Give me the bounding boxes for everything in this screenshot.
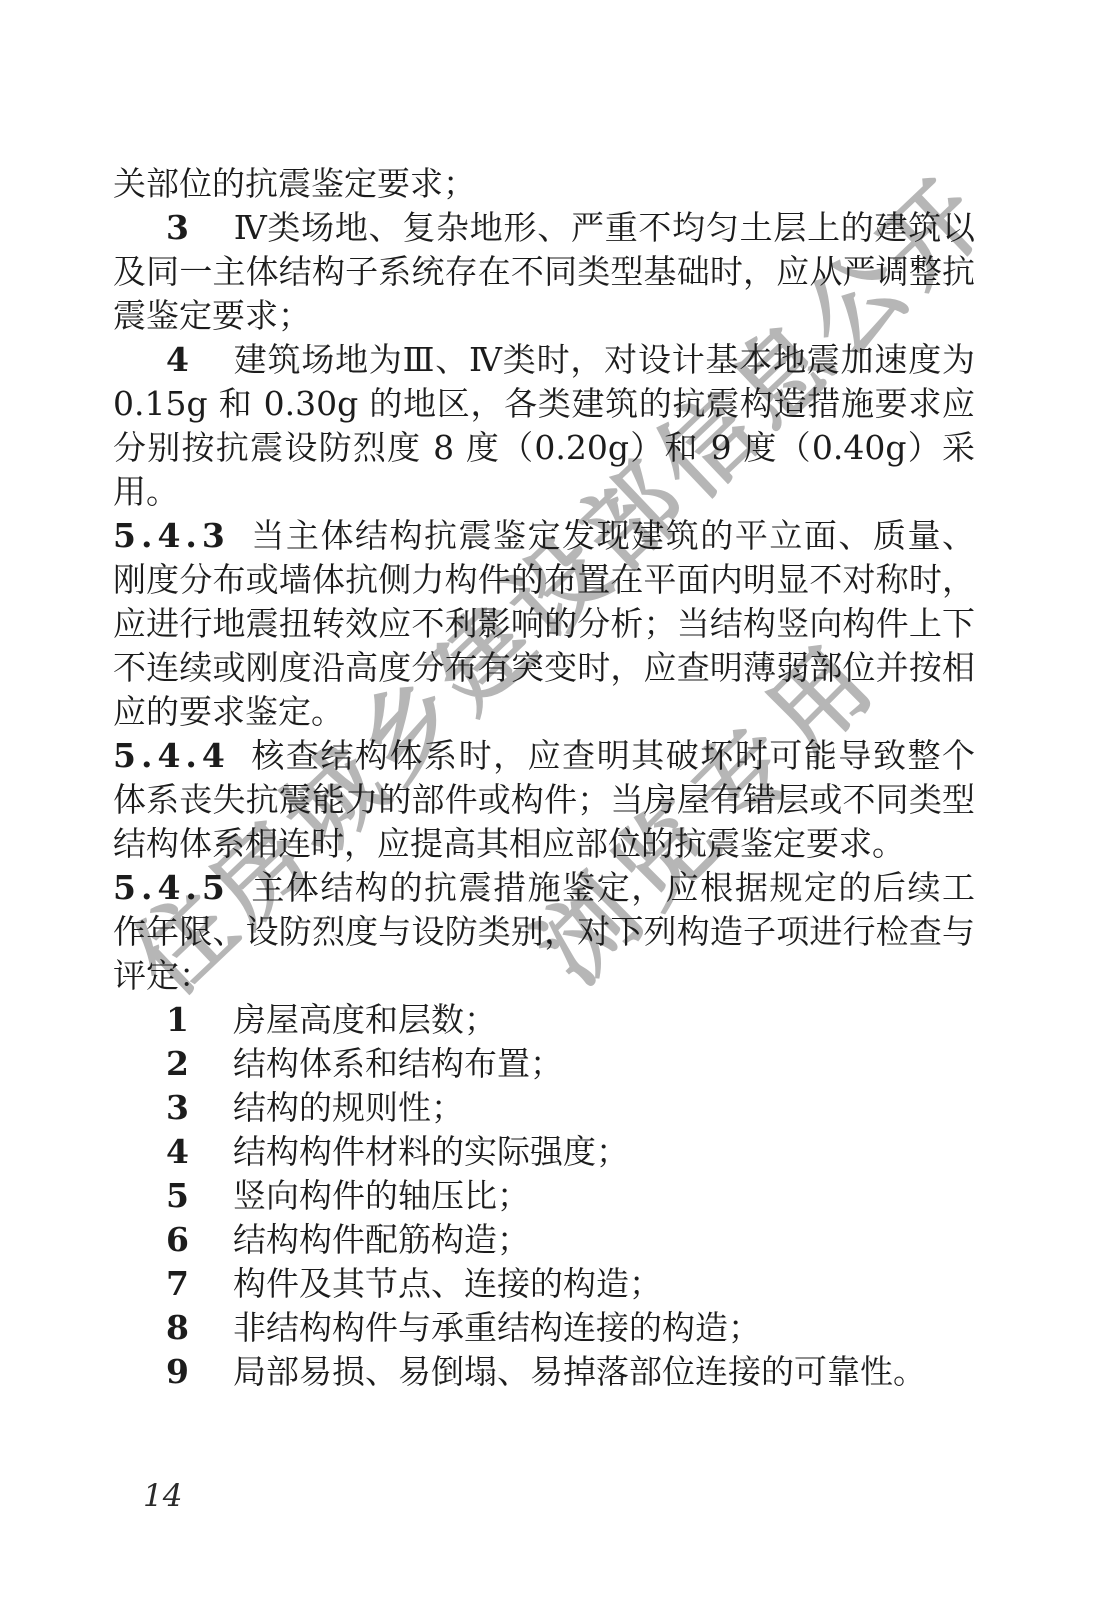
item-text: 房屋高度和层数； xyxy=(233,1000,497,1039)
paragraph-continuation: 关部位的抗震鉴定要求； xyxy=(113,162,975,206)
item-number: 2 xyxy=(166,1044,189,1083)
item-number: 1 xyxy=(166,1000,189,1039)
item-number: 3 xyxy=(166,1088,189,1127)
document-page: 住房城乡建设部信息公开 浏览专用 关部位的抗震鉴定要求； 3Ⅳ类场地、复杂地形、… xyxy=(0,0,1103,1598)
clause-text: 当主体结构抗震鉴定发现建筑的平立面、质量、刚度分布或墙体抗侧力构件的布置在平面内… xyxy=(113,516,975,731)
item-text: 建筑场地为Ⅲ、Ⅳ类时，对设计基本地震加速度为 0.15g 和 0.30g 的地区… xyxy=(113,340,975,511)
list-item-1: 1房屋高度和层数； xyxy=(113,998,975,1042)
item-number: 3 xyxy=(166,208,189,247)
clause-number: 5.4.4 xyxy=(113,736,230,775)
clause-5-4-4: 5.4.4核查结构体系时，应查明其破坏时可能导致整个体系丧失抗震能力的部件或构件… xyxy=(113,734,975,866)
list-item-9: 9局部易损、易倒塌、易掉落部位连接的可靠性。 xyxy=(113,1350,975,1394)
item-text: 竖向构件的轴压比； xyxy=(233,1176,530,1215)
numbered-item-3: 3Ⅳ类场地、复杂地形、严重不均匀土层上的建筑以及同一主体结构子系统存在不同类型基… xyxy=(113,206,975,338)
item-text: 构件及其节点、连接的构造； xyxy=(233,1264,662,1303)
clause-5-4-3: 5.4.3当主体结构抗震鉴定发现建筑的平立面、质量、刚度分布或墙体抗侧力构件的布… xyxy=(113,514,975,734)
list-item-2: 2结构体系和结构布置； xyxy=(113,1042,975,1086)
page-number: 14 xyxy=(143,1478,182,1514)
list-item-3: 3结构的规则性； xyxy=(113,1086,975,1130)
item-text: 局部易损、易倒塌、易掉落部位连接的可靠性。 xyxy=(233,1352,926,1391)
list-item-8: 8非结构构件与承重结构连接的构造； xyxy=(113,1306,975,1350)
item-text: 结构体系和结构布置； xyxy=(233,1044,563,1083)
paragraph-text: 关部位的抗震鉴定要求； xyxy=(113,164,476,203)
item-number: 9 xyxy=(166,1352,189,1391)
clause-number: 5.4.5 xyxy=(113,868,230,907)
page-content: 关部位的抗震鉴定要求； 3Ⅳ类场地、复杂地形、严重不均匀土层上的建筑以及同一主体… xyxy=(113,0,975,1394)
item-number: 5 xyxy=(166,1176,189,1215)
item-number: 6 xyxy=(166,1220,189,1259)
item-number: 4 xyxy=(166,340,189,379)
list-item-4: 4结构构件材料的实际强度； xyxy=(113,1130,975,1174)
list-item-7: 7构件及其节点、连接的构造； xyxy=(113,1262,975,1306)
item-number: 7 xyxy=(166,1264,189,1303)
numbered-item-4: 4建筑场地为Ⅲ、Ⅳ类时，对设计基本地震加速度为 0.15g 和 0.30g 的地… xyxy=(113,338,975,514)
list-item-6: 6结构构件配筋构造； xyxy=(113,1218,975,1262)
item-text: 结构构件配筋构造； xyxy=(233,1220,530,1259)
item-text: Ⅳ类场地、复杂地形、严重不均匀土层上的建筑以及同一主体结构子系统存在不同类型基础… xyxy=(113,208,975,335)
item-text: 结构构件材料的实际强度； xyxy=(233,1132,629,1171)
clause-text: 主体结构的抗震措施鉴定，应根据规定的后续工作年限、设防烈度与设防类别，对下列构造… xyxy=(113,868,975,995)
list-item-5: 5竖向构件的轴压比； xyxy=(113,1174,975,1218)
clause-text: 核查结构体系时，应查明其破坏时可能导致整个体系丧失抗震能力的部件或构件；当房屋有… xyxy=(113,736,975,863)
item-text: 非结构构件与承重结构连接的构造； xyxy=(233,1308,761,1347)
clause-number: 5.4.3 xyxy=(113,516,230,555)
item-text: 结构的规则性； xyxy=(233,1088,464,1127)
item-number: 8 xyxy=(166,1308,189,1347)
clause-5-4-5: 5.4.5主体结构的抗震措施鉴定，应根据规定的后续工作年限、设防烈度与设防类别，… xyxy=(113,866,975,998)
item-number: 4 xyxy=(166,1132,189,1171)
